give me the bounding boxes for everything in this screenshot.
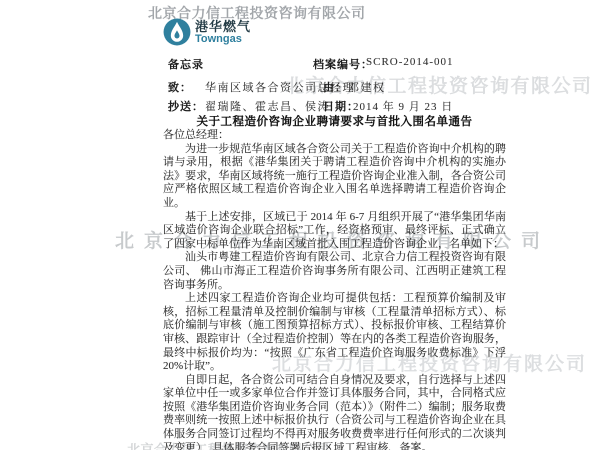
paragraph-4: 上述四家工程造价咨询企业均可提供包括：工程预算价编制及审核，招标工程量清单及控制… [163, 292, 506, 374]
cc-label: 抄送： [168, 98, 204, 114]
file-no-label: 档案编号： [313, 56, 373, 72]
paragraph-3: 汕头市粤建工程造价咨询有限公司、北京合力信工程投资咨询有限公司、 佛山市海正工程… [163, 251, 506, 292]
document-title: 关于工程造价咨询企业聘请要求与首批入围名单通告 [163, 113, 506, 129]
from-label: 由： [323, 79, 347, 95]
paragraph-5: 自即日起，各合资公司可结合自身情况及要求，自行选择与上述四家单位中任一或多家单位… [163, 374, 506, 450]
header-row-memo: 备忘录 档案编号： SCRO-2014-001 [163, 56, 506, 70]
from-value: 邓建权 [348, 79, 386, 95]
cc-value: 翟瑞隆、霍志昌、侯涛 [205, 98, 330, 114]
memo-label: 备忘录 [168, 56, 204, 72]
salutation: 各位总经理： [163, 129, 506, 143]
paragraph-2: 基于上述安排，区域已于 2014 年 6-7 月组织开展了“港华集团华南区域造价… [163, 211, 506, 252]
paragraph-1: 为进一步规范华南区域各合资公司关于工程造价咨询中介机构的聘请与录用，根据《港华集… [163, 143, 506, 211]
header-row-to: 致： 华南区域各合资公司总经理 由： 邓建权 [163, 79, 506, 93]
memo-content: 备忘录 档案编号： SCRO-2014-001 致： 华南区域各合资公司总经理 … [163, 0, 506, 450]
document-body: 各位总经理： 为进一步规范华南区域各合资公司关于工程造价咨询中介机构的聘请与录用… [163, 129, 506, 450]
header-row-cc: 抄送： 翟瑞隆、霍志昌、侯涛 日期： 2014 年 9 月 23 日 [163, 98, 506, 112]
scanned-memo-document: 北京合力信工程投资咨询有限公司 北京合力信工程投资咨询有限公司 北京合力信工程投… [0, 0, 600, 450]
to-label: 致： [168, 79, 192, 95]
date-value: 2014 年 9 月 23 日 [353, 98, 453, 114]
file-no-value: SCRO-2014-001 [366, 56, 454, 68]
